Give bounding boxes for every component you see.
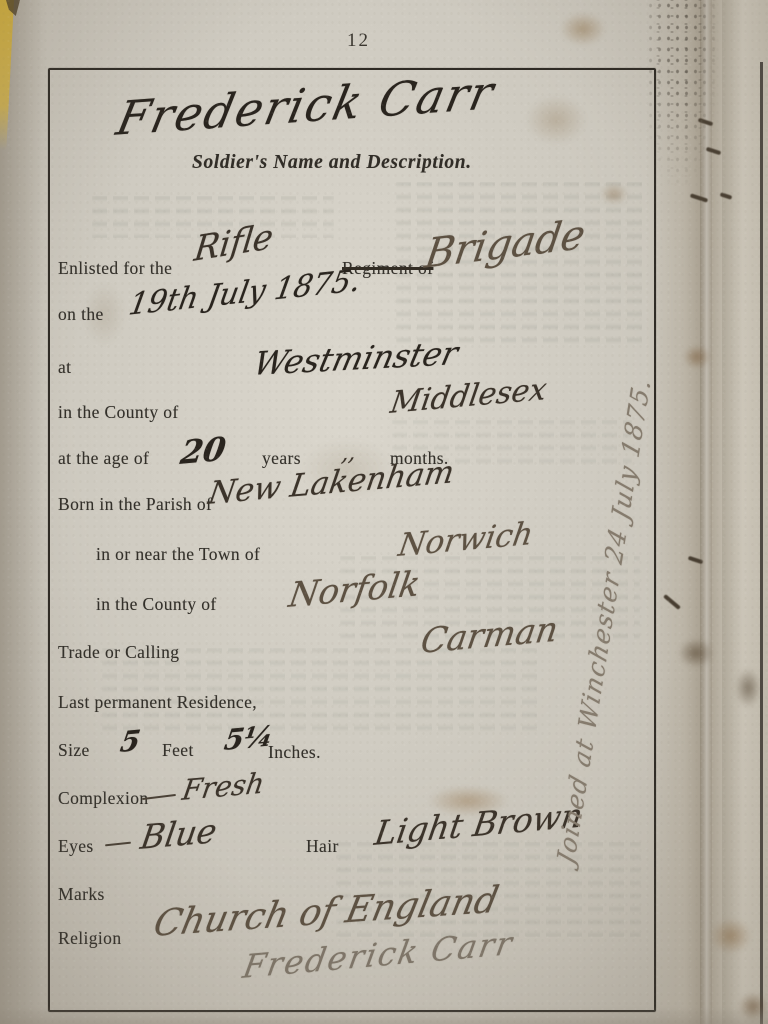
label-marks: Marks [58, 884, 105, 905]
label-birth-county: in the County of [96, 594, 217, 615]
page-edge-crease [700, 0, 712, 1024]
page-number: 12 [347, 30, 370, 52]
label-religion: Religion [58, 928, 121, 949]
entry-eyes: Blue [138, 811, 220, 857]
label-born-parish: Born in the Parish of [58, 494, 212, 515]
label-on-the: on the [58, 304, 104, 325]
bottom-shadow [0, 1006, 768, 1024]
label-enlisted-for: Enlisted for the [58, 258, 172, 279]
label-trade: Trade or Calling [58, 642, 179, 663]
label-at-age-of: at the age of [58, 448, 149, 469]
stain [560, 12, 606, 46]
adjacent-page-border-line [760, 62, 763, 1024]
label-feet: Feet [162, 740, 194, 761]
label-complexion: Complexion [58, 788, 149, 809]
attestation-document-photo: 12 Frederick Carr Soldier's Name and Des… [0, 0, 768, 1024]
label-years: years [262, 448, 301, 469]
label-residence: Last permanent Residence, [58, 692, 257, 713]
label-in-county-of: in the County of [58, 402, 179, 423]
label-size: Size [58, 740, 90, 761]
label-at: at [58, 357, 71, 378]
label-town: in or near the Town of [96, 544, 260, 565]
page-left-shadow [0, 0, 46, 1024]
section-title: Soldier's Name and Description. [192, 152, 472, 174]
label-eyes: Eyes [58, 836, 94, 857]
label-inches: Inches. [268, 742, 321, 763]
label-hair: Hair [306, 836, 339, 857]
entry-age-years: 20 [178, 429, 228, 472]
